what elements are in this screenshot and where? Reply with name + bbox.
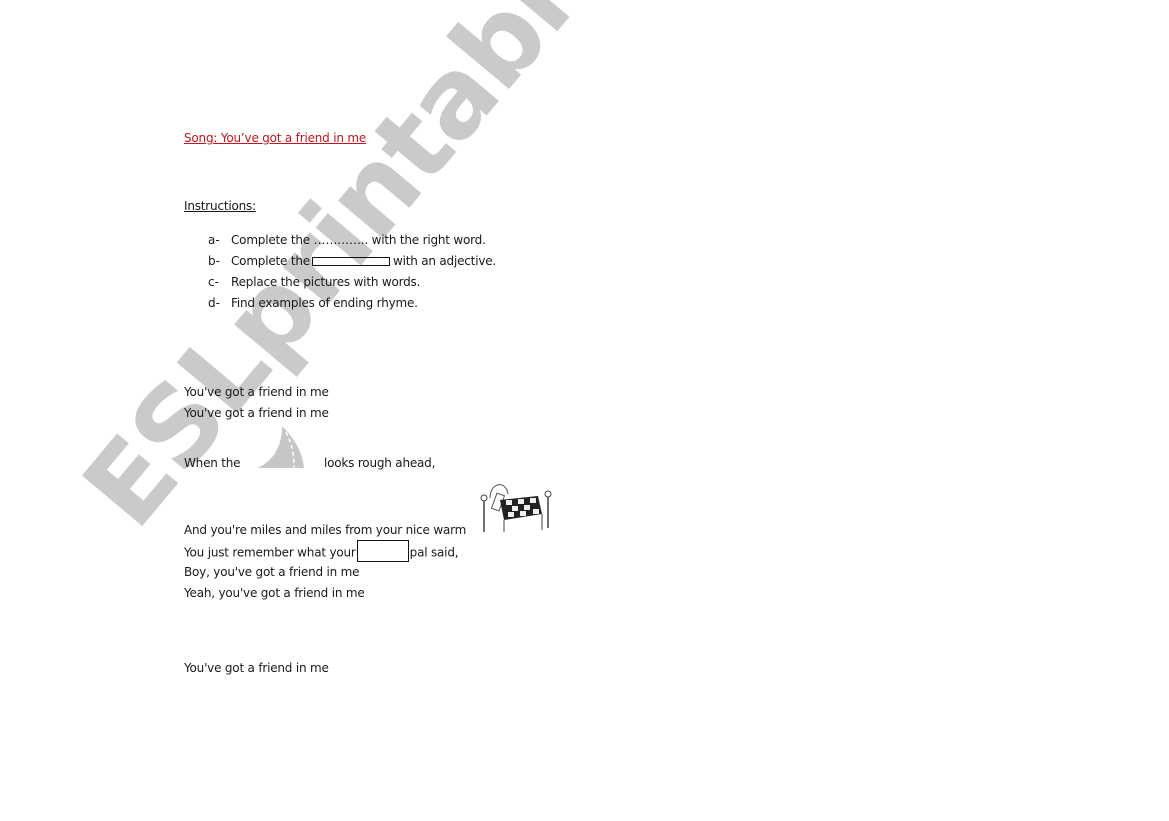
- instruction-text: Complete the: [231, 254, 310, 268]
- lyric-line: Yeah, you've got a friend in me: [184, 586, 365, 600]
- instruction-item: Complete thewith an adjective.: [231, 254, 496, 268]
- blank-box-example: [312, 257, 390, 266]
- song-title: Song: You’ve got a friend in me: [184, 131, 366, 145]
- lyric-text: pal said,: [410, 546, 459, 560]
- instruction-text: with an adjective.: [393, 254, 496, 268]
- lyric-line: You've got a friend in me: [184, 661, 329, 675]
- lyric-line: And you're miles and miles from your nic…: [184, 523, 466, 537]
- instructions-heading: Instructions:: [184, 199, 256, 213]
- instruction-marker: a-: [208, 233, 220, 247]
- road-picture-icon: [256, 424, 306, 468]
- instruction-item: Find examples of ending rhyme.: [231, 296, 418, 310]
- lyric-line: You just remember what yourpal said,: [184, 544, 458, 562]
- instruction-item: Replace the pictures with words.: [231, 275, 420, 289]
- lyric-line: You've got a friend in me: [184, 385, 329, 399]
- bed-picture-icon: [478, 474, 556, 536]
- lyric-line: looks rough ahead,: [324, 456, 435, 470]
- instruction-marker: c-: [208, 275, 219, 289]
- lyric-line: You've got a friend in me: [184, 406, 329, 420]
- adjective-blank-box[interactable]: [357, 540, 409, 562]
- watermark: ESLprintables.com: [60, 0, 862, 550]
- lyric-text: You just remember what your: [184, 546, 356, 560]
- lyric-line: Boy, you've got a friend in me: [184, 565, 359, 579]
- lyric-line: When the: [184, 456, 240, 470]
- instruction-marker: d-: [208, 296, 220, 310]
- instruction-item: Complete the ………….. with the right word.: [231, 233, 486, 247]
- instruction-marker: b-: [208, 254, 220, 268]
